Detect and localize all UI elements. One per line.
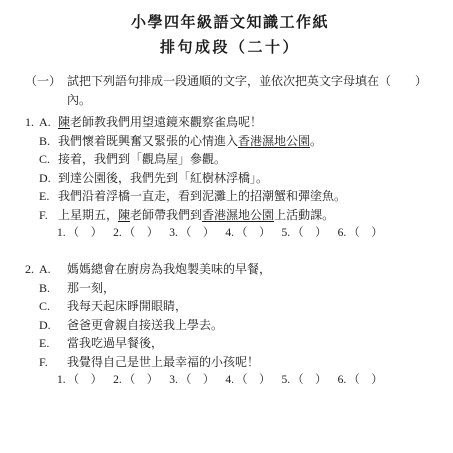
underlined-term: 陳: [58, 115, 70, 129]
question-block-2: 2.A.媽媽總會在廚房為我炮製美味的早餐，B.那一刻，C.我每天起床睜開眼睛，D…: [25, 263, 435, 387]
answer-blank-unit: 3.（ ）: [169, 374, 214, 387]
worksheet-subtitle: 排句成段（二十）: [25, 39, 435, 57]
text-segment: 老師帶我們到: [130, 208, 202, 222]
answer-blanks-row: 1.（ ）2.（ ）3.（ ）4.（ ）5.（ ）6.（ ）: [57, 374, 435, 387]
answer-blank-unit: 1.（ ）: [57, 227, 102, 240]
blank-number: 2.: [113, 227, 122, 239]
text-segment: 到達公園後，我們先到「紅樹林浮橋」。: [58, 171, 268, 185]
sentence-text: 上星期五，陳老師帶我們到香港濕地公園上活動課。: [58, 209, 334, 222]
sentence-item: B.我們懷着既興奮又緊張的心情進入香港濕地公園。: [25, 135, 435, 148]
sentence-item: E.我們沿着浮橋一直走，看到泥灘上的招潮蟹和彈塗魚。: [25, 190, 435, 203]
text-segment: 我們懷着既興奮又緊張的心情進入: [58, 134, 238, 148]
item-letter: D.: [39, 319, 67, 332]
blank-number: 4.: [225, 374, 234, 386]
text-segment: 。: [310, 134, 322, 148]
item-letter: C.: [39, 300, 67, 313]
answer-blank-unit: 2.（ ）: [113, 374, 158, 387]
item-letter: B.: [39, 135, 58, 148]
item-letter: A.: [39, 116, 58, 129]
question-number: [25, 209, 39, 222]
answer-blank: （ ）: [236, 374, 271, 386]
text-segment: 上星期五，: [58, 208, 118, 222]
answer-blank: （ ）: [124, 227, 159, 239]
item-letter: F.: [39, 356, 67, 369]
answer-blank-unit: 4.（ ）: [225, 374, 270, 387]
text-segment: 接着，我們到「觀鳥屋」參觀。: [58, 152, 226, 166]
text-segment: 當我吃過早餐後，: [67, 336, 163, 350]
sentence-text: 陳老師教我們用望遠鏡來觀察雀鳥呢！: [58, 116, 262, 129]
answer-blank-unit: 6.（ ）: [338, 374, 383, 387]
question-number: [25, 282, 39, 295]
sentence-item: B.那一刻，: [25, 282, 435, 295]
answer-blank: （ ）: [68, 374, 103, 386]
text-segment: 我每天起床睜開眼睛，: [67, 299, 187, 313]
question-number: [25, 337, 39, 350]
answer-blank-unit: 4.（ ）: [225, 227, 270, 240]
question-number: [25, 319, 39, 332]
text-segment: 我覺得自己是世上最幸福的小孩呢！: [67, 355, 259, 369]
sentence-text: 那一刻，: [67, 282, 115, 295]
sentence-item: D.爸爸更會親自接送我上學去。: [25, 319, 435, 332]
sentence-item: D.到達公園後，我們先到「紅樹林浮橋」。: [25, 172, 435, 185]
answer-blank: （ ）: [348, 374, 383, 386]
item-letter: E.: [39, 190, 58, 203]
question-number: [25, 172, 39, 185]
question-number: 1.: [25, 116, 39, 129]
answer-blank: （ ）: [292, 374, 327, 386]
item-letter: F.: [39, 209, 58, 222]
sentence-text: 我們沿着浮橋一直走，看到泥灘上的招潮蟹和彈塗魚。: [58, 190, 346, 203]
answer-blank: （ ）: [348, 227, 383, 239]
answer-blank: （ ）: [180, 374, 215, 386]
answer-blank: （ ）: [292, 227, 327, 239]
blank-number: 5.: [282, 374, 291, 386]
question-number: [25, 300, 39, 313]
sentence-item: F.我覺得自己是世上最幸福的小孩呢！: [25, 356, 435, 369]
blank-number: 1.: [57, 374, 66, 386]
worksheet-title: 小學四年級語文知識工作紙: [25, 14, 435, 32]
item-letter: A.: [39, 263, 67, 276]
item-letter: C.: [39, 153, 58, 166]
answer-blank-unit: 1.（ ）: [57, 374, 102, 387]
answer-blank-unit: 2.（ ）: [113, 227, 158, 240]
item-letter: D.: [39, 172, 58, 185]
sentence-text: 當我吃過早餐後，: [67, 337, 163, 350]
sentence-text: 接着，我們到「觀鳥屋」參觀。: [58, 153, 226, 166]
text-segment: 那一刻，: [67, 281, 115, 295]
blank-number: 4.: [225, 227, 234, 239]
answer-blank-unit: 5.（ ）: [282, 227, 327, 240]
instruction-row: （一） 試把下列語句排成一段通順的文字，並依次把英文字母填在（ ）內。: [25, 72, 435, 109]
text-segment: 爸爸更會親自接送我上學去。: [67, 318, 223, 332]
sentence-item: C.我每天起床睜開眼睛，: [25, 300, 435, 313]
blank-number: 1.: [57, 227, 66, 239]
answer-blank-unit: 5.（ ）: [282, 374, 327, 387]
underlined-term: 香港濕地公園: [202, 208, 274, 222]
sentence-text: 我覺得自己是世上最幸福的小孩呢！: [67, 356, 259, 369]
worksheet-page: 小學四年級語文知識工作紙 排句成段（二十） （一） 試把下列語句排成一段通順的文…: [0, 0, 453, 453]
blank-number: 3.: [169, 227, 178, 239]
underlined-term: 香港濕地公園: [238, 134, 310, 148]
question-number: [25, 135, 39, 148]
sentence-text: 到達公園後，我們先到「紅樹林浮橋」。: [58, 172, 268, 185]
answer-blank: （ ）: [68, 227, 103, 239]
text-segment: 我們沿着浮橋一直走，看到泥灘上的招潮蟹和彈塗魚。: [58, 189, 346, 203]
question-number: [25, 153, 39, 166]
sentence-item: F.上星期五，陳老師帶我們到香港濕地公園上活動課。: [25, 209, 435, 222]
blank-number: 6.: [338, 374, 347, 386]
sentence-item: C.接着，我們到「觀鳥屋」參觀。: [25, 153, 435, 166]
blank-number: 3.: [169, 374, 178, 386]
answer-blank: （ ）: [236, 227, 271, 239]
item-letter: B.: [39, 282, 67, 295]
answer-blank: （ ）: [124, 374, 159, 386]
question-number: [25, 356, 39, 369]
sentence-item: E.當我吃過早餐後，: [25, 337, 435, 350]
sentence-text: 我們懷着既興奮又緊張的心情進入香港濕地公園。: [58, 135, 322, 148]
answer-blank-unit: 6.（ ）: [338, 227, 383, 240]
sentence-text: 媽媽總會在廚房為我炮製美味的早餐，: [67, 263, 271, 276]
blank-number: 2.: [113, 374, 122, 386]
text-segment: 上活動課。: [274, 208, 334, 222]
text-segment: 媽媽總會在廚房為我炮製美味的早餐，: [67, 262, 271, 276]
sentence-text: 我每天起床睜開眼睛，: [67, 300, 187, 313]
blank-number: 5.: [282, 227, 291, 239]
blank-number: 6.: [338, 227, 347, 239]
sentence-text: 爸爸更會親自接送我上學去。: [67, 319, 223, 332]
text-segment: 老師教我們用望遠鏡來觀察雀鳥呢！: [70, 115, 262, 129]
sentence-item: 1.A.陳老師教我們用望遠鏡來觀察雀鳥呢！: [25, 116, 435, 129]
question-number: 2.: [25, 263, 39, 276]
instruction-label: （一）: [25, 72, 67, 109]
answer-blank: （ ）: [180, 227, 215, 239]
question-number: [25, 190, 39, 203]
answer-blanks-row: 1.（ ）2.（ ）3.（ ）4.（ ）5.（ ）6.（ ）: [57, 227, 435, 240]
question-block-1: 1.A.陳老師教我們用望遠鏡來觀察雀鳥呢！B.我們懷着既興奮又緊張的心情進入香港…: [25, 116, 435, 240]
item-letter: E.: [39, 337, 67, 350]
underlined-term: 陳: [118, 208, 130, 222]
sentence-item: 2.A.媽媽總會在廚房為我炮製美味的早餐，: [25, 263, 435, 276]
instruction-text: 試把下列語句排成一段通順的文字，並依次把英文字母填在（ ）內。: [67, 72, 435, 109]
answer-blank-unit: 3.（ ）: [169, 227, 214, 240]
